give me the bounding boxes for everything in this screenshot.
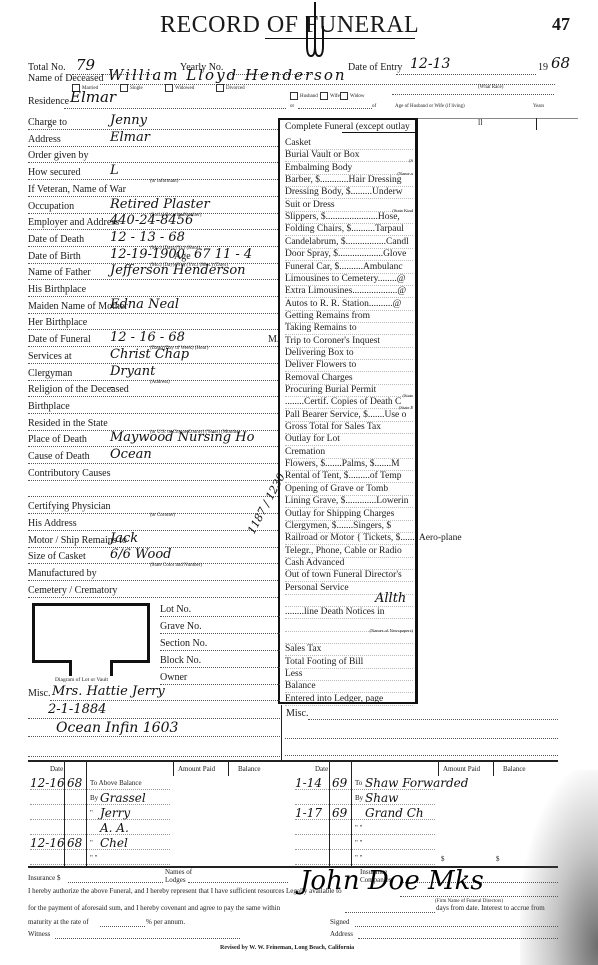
- ledger-desc-prefix: ": [90, 809, 93, 817]
- field-label: Services at: [28, 351, 72, 362]
- field-line: [28, 580, 278, 581]
- charge-item: Slippers, $......................Hose,: [285, 212, 400, 222]
- diagram-base-right: [110, 660, 150, 663]
- total-no-value: 79: [76, 56, 95, 74]
- ledger-top-rule: [28, 760, 558, 762]
- charge-item: Clergymen, $.......Singers, $: [285, 521, 391, 531]
- field-line: [28, 463, 278, 464]
- charge-line: [285, 445, 413, 446]
- ledger-desc[interactable]: Grand Ch: [365, 806, 424, 820]
- charge-line: [285, 334, 413, 335]
- charge-item: Burial Vault or Box: [285, 150, 360, 160]
- misc-right-line-1: [308, 719, 558, 720]
- date-of-entry-line: [396, 74, 536, 75]
- ledger-date[interactable]: 12-16: [30, 836, 65, 850]
- lot-field-label: Grave No.: [160, 621, 202, 632]
- rate-line: [100, 926, 145, 927]
- diagram-post-left: [69, 660, 72, 676]
- ledger-year[interactable]: 69: [332, 806, 347, 820]
- field-label: Charge to: [28, 117, 67, 128]
- insurance-label: Insurance $: [28, 874, 60, 882]
- field-value[interactable]: 12 - 13 - 68: [110, 230, 185, 245]
- ledger-year[interactable]: 69: [332, 776, 347, 790]
- charge-item: Less: [285, 669, 302, 679]
- field-note: (Address): [150, 380, 170, 385]
- charge-item: Total Footing of Bill: [285, 657, 363, 667]
- scan-smudge: [520, 770, 598, 965]
- ledger-header: Amount Paid: [443, 765, 480, 773]
- misc-line-4: [28, 756, 280, 757]
- age-label: Age: [174, 251, 191, 262]
- field-value[interactable]: Maywood Nursing Ho: [110, 430, 254, 445]
- field-value[interactable]: Ocean: [110, 447, 152, 462]
- charge-item: Outlay for Lot: [285, 434, 340, 444]
- checkbox-husband[interactable]: [290, 92, 298, 100]
- charge-line: [285, 198, 413, 199]
- charge-item: Outlay for Shipping Charges: [285, 509, 394, 519]
- diagram-post-right: [110, 660, 113, 676]
- field-label: Contributory Causes: [28, 468, 111, 479]
- spouse-age-note: Age of Husband or Wife (if living): [395, 104, 465, 109]
- field-label: How secured: [28, 167, 80, 178]
- charge-item: Barber, $............Hair Dressing: [285, 175, 402, 185]
- marital-single[interactable]: Single: [120, 84, 143, 92]
- what-race-note: (What Race): [478, 85, 503, 90]
- authorization-line-1: I hereby authorize the above Funeral, an…: [28, 887, 342, 895]
- charge-item: Rental of Tent, $.........of Temp: [285, 471, 402, 481]
- revised-by: Revised by W. W. Feineman, Long Beach, C…: [220, 945, 354, 951]
- field-label: Resided in the State: [28, 418, 108, 429]
- lodges-line: [188, 882, 288, 883]
- charge-line: [285, 581, 413, 582]
- ledger-header: Balance: [238, 765, 261, 773]
- ledger-desc-prefix: To: [355, 779, 362, 787]
- ledger-header: Date: [50, 765, 63, 773]
- charge-line: [285, 544, 413, 545]
- or-line: [298, 108, 372, 109]
- ledger-desc[interactable]: Grassel: [100, 791, 146, 805]
- charge-item: Limousines to Cemetery........@: [285, 274, 406, 284]
- lot-diagram-box: [32, 603, 150, 663]
- ledger-row-line: [295, 864, 435, 865]
- misc-right-line-3: [285, 755, 558, 756]
- field-value[interactable]: Edna Neal: [110, 297, 179, 312]
- charge-note: (State: [403, 393, 414, 398]
- lot-field-label: Owner: [160, 672, 187, 683]
- field-note: (or informant): [150, 179, 178, 184]
- ledger-desc-prefix: " ": [90, 854, 97, 862]
- charge-line: [285, 507, 413, 508]
- ledger-row-line: [295, 819, 435, 820]
- ledger-row-line: [30, 834, 170, 835]
- field-note: (State Color and Number): [150, 563, 202, 568]
- field-label: Birthplace: [28, 401, 70, 412]
- misc-line-2: [28, 718, 280, 719]
- charges-top-rule: [418, 118, 578, 119]
- ledger-desc[interactable]: A. A.: [100, 821, 129, 835]
- ledger-row-line: [295, 834, 435, 835]
- signature: John Doe Mks: [300, 866, 484, 896]
- field-label: Certifying Physician: [28, 501, 111, 512]
- field-label: Employer and Address: [28, 217, 119, 228]
- ledger-header: Amount Paid: [178, 765, 215, 773]
- residence-line: [64, 108, 286, 109]
- field-value[interactable]: 440-24-8456: [110, 213, 193, 228]
- misc-left-line-2: 2-1-1884: [48, 702, 106, 717]
- field-label: If Veteran, Name of War: [28, 184, 126, 195]
- diagram-base-left: [32, 660, 72, 663]
- misc-divider: [281, 705, 282, 761]
- years-label: Years: [533, 104, 544, 109]
- ledger-desc-prefix: By: [355, 794, 363, 802]
- field-value[interactable]: -: [110, 380, 114, 395]
- charge-item: Cremation: [285, 447, 325, 457]
- ledger-row-line: [30, 849, 170, 850]
- race-line: [392, 94, 554, 95]
- misc-line-3: [28, 736, 280, 737]
- residence-value: Elmar: [70, 88, 116, 106]
- ledger-year[interactable]: 68: [67, 836, 82, 850]
- field-line: [28, 313, 278, 314]
- field-value[interactable]: Christ Chap: [110, 347, 189, 362]
- checkbox-widow[interactable]: [340, 92, 348, 100]
- spouse-husband[interactable]: Husband: [290, 92, 318, 100]
- ledger-divider: [493, 762, 494, 776]
- charge-item: Delivering Box to: [285, 348, 354, 358]
- ledger-divider: [173, 762, 174, 776]
- charge-line: [285, 235, 413, 236]
- misc-left-line-3: Ocean Infin 1603: [56, 720, 178, 736]
- marital-divorced[interactable]: Divorced: [216, 84, 245, 92]
- charge-item: Extra Limousines...................@: [285, 286, 406, 296]
- ledger-divider: [228, 762, 229, 776]
- title-underline: [265, 38, 415, 39]
- charge-item: Opening of Grave or Tomb: [285, 484, 388, 494]
- misc-left-line-1: Mrs. Hattie Jerry: [52, 684, 165, 699]
- header-underline: [342, 132, 418, 133]
- misc-right-label: Misc.: [286, 708, 309, 719]
- charge-item: Flowers, $.......Palms, $.......M: [285, 459, 400, 469]
- charge-item: Funeral Car, $..........Ambulanc: [285, 262, 403, 272]
- checkbox-divorced[interactable]: [216, 84, 224, 92]
- charge-item: Sales Tax: [285, 644, 321, 654]
- charge-item: Folding Chairs, $..........Tarpaul: [285, 224, 404, 234]
- charge-item: ........line Death Notices in: [285, 607, 384, 617]
- charge-item: Getting Remains from: [285, 311, 370, 321]
- field-note: (or Coroner): [150, 513, 175, 518]
- year-value: 68: [551, 54, 570, 72]
- field-label: Size of Casket: [28, 551, 86, 562]
- ledger-divider: [86, 762, 87, 866]
- charge-line: [285, 668, 413, 669]
- field-label: Her Birthplace: [28, 317, 87, 328]
- field-label: Clergyman: [28, 368, 72, 379]
- charge-item: Trip to Coroner's Inquest: [285, 336, 380, 346]
- charge-item: Procuring Burial Permit: [285, 385, 376, 395]
- field-value[interactable]: L: [110, 163, 119, 178]
- charge-line: [285, 705, 413, 706]
- date-of-entry-label: Date of Entry: [348, 62, 402, 73]
- ledger-desc[interactable]: Shaw: [365, 791, 398, 805]
- misc-line-1: [50, 700, 280, 701]
- witness-line: [55, 938, 240, 939]
- ledger-row-line: [295, 804, 435, 805]
- charge-value[interactable]: Allth: [375, 591, 406, 606]
- insurance-line: [68, 882, 163, 883]
- authorization-line-3: maturity at the rate of: [28, 918, 89, 926]
- field-line: [28, 129, 278, 130]
- ledger-date[interactable]: 12-16: [30, 776, 65, 790]
- total-no-label: Total No.: [28, 62, 66, 73]
- field-line: [28, 162, 278, 163]
- field-line: [28, 597, 278, 598]
- marital-widowed[interactable]: Widowed: [165, 84, 194, 92]
- field-line: [28, 146, 278, 147]
- field-label: His Address: [28, 518, 77, 529]
- field-value[interactable]: Retired Plaster: [110, 197, 210, 212]
- ledger-row-line: [30, 804, 170, 805]
- charge-item: ........Certif. Copies of Death C: [285, 397, 401, 407]
- checkbox-wife[interactable]: [320, 92, 328, 100]
- lot-field-line: [160, 650, 280, 651]
- ledger-row-line: [30, 819, 170, 820]
- field-line: [28, 396, 278, 397]
- ledger-row-line: [295, 789, 435, 790]
- field-label: Date of Death: [28, 234, 84, 245]
- field-value[interactable]: Dryant: [110, 364, 155, 379]
- ledger-desc-prefix: " ": [355, 824, 362, 832]
- field-label: Place of Death: [28, 434, 87, 445]
- charge-line: [285, 692, 413, 693]
- misc-left-label: Misc.: [28, 688, 51, 699]
- charge-line: [285, 161, 413, 162]
- spouse-widow[interactable]: Widow: [340, 92, 365, 100]
- field-value[interactable]: Elmar: [110, 130, 150, 145]
- charge-item: Door Spray, $...................Glove: [285, 249, 406, 259]
- lot-field-line: [160, 616, 280, 617]
- field-label: Cause of Death: [28, 451, 90, 462]
- field-line: [28, 413, 278, 414]
- charge-item: Entered into Ledger, page: [285, 694, 383, 704]
- charge-line: [285, 618, 413, 619]
- field-line: [28, 496, 278, 497]
- deceased-name-value: William Lloyd Henderson: [108, 66, 347, 84]
- charge-item: Casket: [285, 138, 311, 148]
- age-value[interactable]: 67 11 - 4: [194, 247, 252, 262]
- lot-field-label: Section No.: [160, 638, 207, 649]
- ledger-divider: [438, 762, 439, 776]
- charge-line: [285, 482, 413, 483]
- charge-line: [285, 260, 413, 261]
- charge-item: Taking Remains to: [285, 323, 357, 333]
- field-line: [28, 279, 278, 280]
- field-value[interactable]: 6/6 Wood: [110, 547, 172, 562]
- ledger-desc-prefix: To Above Balance: [90, 779, 142, 787]
- authorization-line-3b: % per annum.: [146, 918, 185, 926]
- ledger-divider: [351, 762, 352, 866]
- complete-funeral-header: Complete Funeral (except outlay: [285, 122, 410, 132]
- ledger-date[interactable]: 1-14: [295, 776, 322, 790]
- charge-item: Lining Grave, $.............Lowerin: [285, 496, 408, 506]
- charge-item: Embalming Body: [285, 163, 352, 173]
- top-right-mark: ll: [478, 118, 482, 127]
- checkbox-single[interactable]: [120, 84, 128, 92]
- charges-col-divider: [536, 118, 537, 130]
- lot-field-line: [160, 684, 280, 685]
- page-title: RECORD OF FUNERAL: [160, 12, 419, 39]
- date-of-entry-value: 12-13: [410, 56, 450, 72]
- diagram-caption: Diagram of Lot or Vault: [55, 677, 108, 683]
- residence-label: Residence: [28, 96, 69, 107]
- field-label: Date of Funeral: [28, 334, 91, 345]
- field-line: [28, 530, 278, 531]
- charge-item: Dressing Body, $.........Underw: [285, 187, 403, 197]
- lot-field-line: [160, 667, 280, 668]
- ledger-desc-prefix: " ": [355, 854, 362, 862]
- charge-line: [285, 371, 413, 372]
- field-label: Date of Birth: [28, 251, 81, 262]
- field-line: [28, 446, 278, 447]
- witness-label: Witness: [28, 930, 50, 938]
- days-line: [345, 912, 435, 913]
- charge-note: (Names of Newspapers): [370, 628, 413, 633]
- field-label: Order given by: [28, 150, 89, 161]
- field-label: Manufactured by: [28, 568, 97, 579]
- ledger-desc-prefix: By: [90, 794, 98, 802]
- ledger-desc[interactable]: Jerry: [100, 806, 130, 820]
- misc-right-line-2: [285, 738, 558, 739]
- charges-box: Complete Funeral (except outlay CasketBu…: [278, 118, 418, 704]
- charge-item: Pall Bearer Service, $.......Use o: [285, 410, 406, 420]
- ledger-date[interactable]: 1-17: [295, 806, 322, 820]
- charge-item: Cash Advanced: [285, 558, 344, 568]
- lot-field-line: [160, 633, 280, 634]
- ledger-row-line: [30, 789, 170, 790]
- field-value[interactable]: Jack: [110, 531, 138, 546]
- field-value[interactable]: Jenny: [110, 113, 147, 128]
- charge-item: Suit or Dress: [285, 200, 335, 210]
- charge-item: Telegr., Phone, Cable or Radio: [285, 546, 402, 556]
- charge-item: Out of town Funeral Director's: [285, 570, 402, 580]
- lot-field-label: Lot No.: [160, 604, 191, 615]
- authorization-line-2: for the payment of aforesaid sum, and I …: [28, 904, 280, 912]
- paper-clip-icon: [306, 2, 324, 60]
- checkbox-widowed[interactable]: [165, 84, 173, 92]
- charge-line: [285, 408, 413, 409]
- ledger-row-line: [30, 864, 170, 865]
- address-label: Address: [330, 930, 353, 938]
- signed-label: Signed: [330, 918, 349, 926]
- charge-item: Personal Service: [285, 583, 349, 593]
- field-label: Name of Father: [28, 267, 91, 278]
- name-of-deceased-label: Name of Deceased: [28, 73, 104, 84]
- or-label: or: [290, 104, 294, 109]
- spouse-wife[interactable]: Wife: [320, 92, 340, 100]
- charge-item: Balance: [285, 681, 316, 691]
- ledger-year[interactable]: 68: [67, 776, 82, 790]
- page-number: 47: [552, 14, 570, 35]
- field-label: Address: [28, 134, 61, 145]
- ledger-desc[interactable]: Shaw Forwarded: [365, 776, 468, 790]
- lot-field-label: Block No.: [160, 655, 201, 666]
- ledger-desc[interactable]: Chel: [100, 836, 128, 850]
- charge-line: [285, 297, 413, 298]
- ledger-balance[interactable]: $: [496, 855, 500, 863]
- charge-item: Autos to R. R. Station..........@: [285, 299, 401, 309]
- ledger-divider: [329, 762, 330, 866]
- field-label: Cemetery / Crematory: [28, 585, 117, 596]
- charge-item: Candelabrum, $.................Candl: [285, 237, 409, 247]
- ledger-amount[interactable]: $: [441, 855, 445, 863]
- field-value[interactable]: 12 - 16 - 68: [110, 330, 185, 345]
- field-label: Occupation: [28, 201, 74, 212]
- ledger-row-line: [295, 849, 435, 850]
- year-prefix: 19: [538, 62, 548, 73]
- field-label: His Birthplace: [28, 284, 86, 295]
- ledger-header: Date: [315, 765, 328, 773]
- ledger-desc-prefix: ": [90, 839, 93, 847]
- charge-item: Gross Total for Sales Tax: [285, 422, 381, 432]
- charge-item: Railroad or Motor { Tickets, $....... Ae…: [285, 533, 462, 543]
- charge-item: Removal Charges: [285, 373, 353, 383]
- ledger-desc-prefix: " ": [355, 839, 362, 847]
- charge-item: Deliver Flowers to: [285, 360, 356, 370]
- field-line: [28, 480, 278, 481]
- of-label: of: [372, 104, 376, 109]
- charge-line: [285, 655, 413, 656]
- field-value[interactable]: Jefferson Henderson: [110, 263, 246, 278]
- charge-note: (S: [409, 158, 413, 163]
